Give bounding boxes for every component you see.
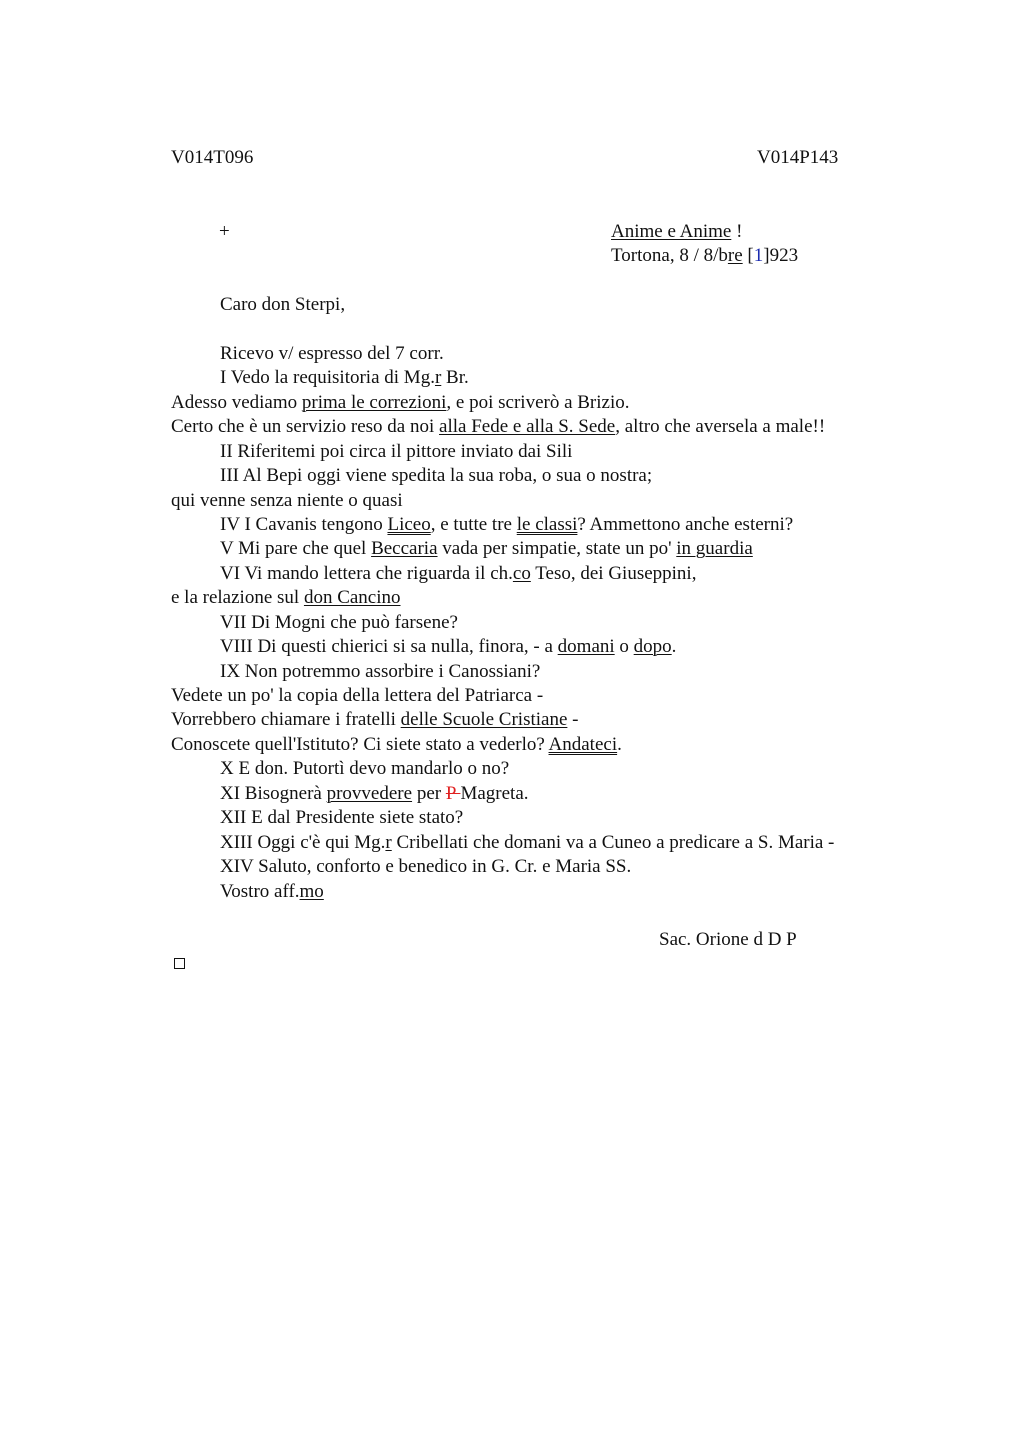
empty-square-icon (174, 958, 185, 969)
text: I Vedo la requisitoria di Mg. (220, 367, 435, 388)
text: vada per simpatie, state un po' (438, 538, 677, 559)
underlined-text: prima le correzioni (302, 392, 447, 413)
body-line: e la relazione sul don Cancino (171, 586, 401, 610)
body-line: XIV Saluto, conforto e benedico in G. Cr… (220, 855, 631, 879)
body-line: VII Di Mogni che può farsene? (220, 611, 458, 635)
body-line: X E don. Putortì devo mandarlo o no? (220, 757, 509, 781)
motto-suffix: ! (731, 221, 742, 242)
motto: Anime e Anime ! (611, 220, 742, 244)
text: ? Ammettono anche esterni? (577, 514, 793, 535)
text: Vorrebbero chiamare i fratelli (171, 709, 401, 730)
underlined-text: Beccaria (371, 538, 437, 559)
text: , e poi scriverò a Brizio. (446, 392, 629, 413)
body-line: Conoscete quell'Istituto? Ci siete stato… (171, 733, 622, 757)
text: . (672, 636, 677, 657)
text: XI Bisognerà (220, 783, 327, 804)
underlined-text: co (513, 563, 531, 584)
dateline: Tortona, 8 / 8/bre [1]923 (611, 244, 798, 268)
underlined-text: domani (558, 636, 615, 657)
text: e la relazione sul (171, 587, 304, 608)
body-line: Adesso vediamo prima le correzioni, e po… (171, 391, 630, 415)
body-line: VI Vi mando lettera che riguarda il ch.c… (220, 562, 696, 586)
text: . (617, 734, 622, 755)
body-line: Ricevo v/ espresso del 7 corr. (220, 342, 444, 366)
body-line: Vorrebbero chiamare i fratelli delle Scu… (171, 708, 578, 732)
document-code-left: V014T096 (171, 146, 253, 170)
text: Teso, dei Giuseppini, (531, 563, 697, 584)
underlined-text: mo (300, 881, 324, 902)
signature: Sac. Orione d D P (659, 928, 797, 952)
underlined-text: dopo (634, 636, 672, 657)
text: Cribellati che domani va a Cuneo a predi… (392, 832, 835, 853)
double-underlined-text: le classi (517, 514, 578, 535)
text: Conoscete quell'Istituto? Ci siete stato… (171, 734, 549, 755)
body-line: IX Non potremmo assorbire i Canossiani? (220, 660, 540, 684)
motto-text: Anime e Anime (611, 221, 731, 242)
body-line: VIII Di questi chierici si sa nulla, fin… (220, 635, 676, 659)
underlined-text: don Cancino (304, 587, 401, 608)
body-line: III Al Bepi oggi viene spedita la sua ro… (220, 464, 652, 488)
text: , e tutte tre (431, 514, 517, 535)
text: V Mi pare che quel (220, 538, 371, 559)
body-line: Certo che è un servizio reso da noi alla… (171, 415, 825, 439)
body-line: Vedete un po' la copia della lettera del… (171, 684, 543, 708)
text: Adesso vediamo (171, 392, 302, 413)
text: Certo che è un servizio reso da noi (171, 416, 439, 437)
body-line: qui venne senza niente o quasi (171, 489, 403, 513)
body-line: V Mi pare che quel Beccaria vada per sim… (220, 537, 753, 561)
underlined-text: provvedere (327, 783, 412, 804)
underlined-text: in guardia (676, 538, 753, 559)
double-underlined-text: Andateci (549, 734, 618, 755)
text: o (615, 636, 634, 657)
text: Br. (441, 367, 468, 388)
text: VI Vi mando lettera che riguarda il ch. (220, 563, 513, 584)
underlined-text: delle Scuole Cristiane (401, 709, 568, 730)
underlined-text: alla Fede e alla S. Sede (439, 416, 615, 437)
text: VIII Di questi chierici si sa nulla, fin… (220, 636, 558, 657)
body-line: I Vedo la requisitoria di Mg.r Br. (220, 366, 469, 390)
double-underlined-text: Liceo (387, 514, 430, 535)
closing: Vostro aff.mo (220, 880, 324, 904)
text: IV I Cavanis tengono (220, 514, 387, 535)
deleted-text: P (446, 783, 461, 804)
text: per (412, 783, 446, 804)
text: - (567, 709, 578, 730)
editorial-insertion: 1 (754, 245, 764, 266)
text: Magreta. (460, 783, 528, 804)
dateline-prefix: Tortona, 8 / 8/b (611, 245, 728, 266)
body-line: XI Bisognerà provvedere per P Magreta. (220, 782, 529, 806)
dateline-year: 923 (770, 245, 799, 266)
text: XIII Oggi c'è qui Mg. (220, 832, 385, 853)
body-line: XII E dal Presidente siete stato? (220, 806, 463, 830)
cross-symbol: + (219, 220, 230, 244)
salutation: Caro don Sterpi, (220, 293, 345, 317)
text: , altro che aversela a male!! (615, 416, 825, 437)
dateline-month-abbrev: re (728, 245, 743, 266)
text: Vostro aff. (220, 881, 300, 902)
body-line: IV I Cavanis tengono Liceo, e tutte tre … (220, 513, 793, 537)
body-line: XIII Oggi c'è qui Mg.r Cribellati che do… (220, 831, 834, 855)
body-line: II Riferitemi poi circa il pittore invia… (220, 440, 572, 464)
document-code-right: V014P143 (757, 146, 838, 170)
